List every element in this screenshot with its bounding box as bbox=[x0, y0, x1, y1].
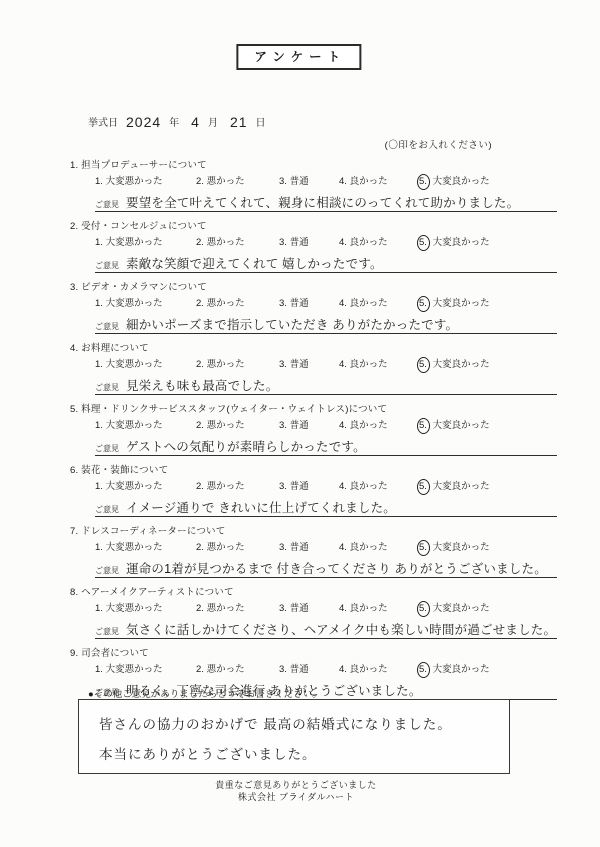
rating-option-label: 大変良かった bbox=[433, 664, 490, 675]
rating-option: 5. 大変良かった bbox=[420, 419, 575, 434]
rating-option-label: 良かった bbox=[350, 664, 388, 675]
handwritten-comment: 見栄えも味も最高でした。 bbox=[126, 376, 278, 394]
rating-option-label: 悪かった bbox=[207, 298, 245, 309]
month-unit-label: 月 bbox=[208, 114, 218, 130]
rating-option-number: 3. bbox=[279, 663, 287, 676]
rating-option-number: 1. bbox=[95, 541, 103, 554]
rating-option: 3. 普通 bbox=[279, 602, 339, 617]
rating-option-label: 普通 bbox=[290, 603, 309, 614]
rating-option: 4. 良かった bbox=[339, 480, 420, 495]
rating-option-number: 1. bbox=[95, 480, 103, 493]
question-number: 8. bbox=[70, 587, 78, 598]
rating-option-label: 大変良かった bbox=[433, 176, 490, 187]
rating-option-label: 普通 bbox=[290, 481, 309, 492]
rating-options-row: 1. 大変悪かった 2. 悪かった 3. 普通 4. 良かった 5. 大変良かっ… bbox=[95, 480, 575, 495]
rating-option: 1. 大変悪かった bbox=[95, 236, 196, 251]
question-title-text: 担当プロデューサーについて bbox=[81, 160, 207, 171]
question-title-text: 料理・ドリンクサービススタッフ(ウェイター・ウェイトレス)について bbox=[81, 404, 387, 415]
rating-option: 5. 大変良かった bbox=[420, 236, 575, 251]
rating-option-label: 良かった bbox=[350, 603, 388, 614]
rating-option-label: 大変良かった bbox=[433, 420, 490, 431]
rating-option-label: 悪かった bbox=[207, 603, 245, 614]
rating-option: 4. 良かった bbox=[339, 175, 420, 190]
question-number: 6. bbox=[70, 465, 78, 476]
rating-option-label: 悪かった bbox=[207, 359, 245, 370]
rating-option-label: 大変悪かった bbox=[106, 664, 163, 675]
rating-option: 2. 悪かった bbox=[196, 480, 279, 495]
selected-rating-circle: 5. bbox=[417, 174, 430, 190]
comment-label: ご意見 bbox=[95, 504, 119, 516]
rating-option: 3. 普通 bbox=[279, 236, 339, 251]
rating-option: 1. 大変悪かった bbox=[95, 663, 196, 678]
rating-option: 1. 大変悪かった bbox=[95, 541, 196, 556]
question-title-text: 装花・装飾について bbox=[81, 465, 168, 476]
rating-option-number: 1. bbox=[95, 358, 103, 371]
comment-label: ご意見 bbox=[95, 626, 119, 638]
rating-options-row: 1. 大変悪かった 2. 悪かった 3. 普通 4. 良かった 5. 大変良かっ… bbox=[95, 297, 575, 312]
rating-option-number: 3. bbox=[279, 358, 287, 371]
rating-option-number: 4. bbox=[339, 358, 347, 371]
question-block: 4. お料理について 1. 大変悪かった 2. 悪かった 3. 普通 4. 良か… bbox=[70, 342, 575, 395]
rating-option-number: 1. bbox=[95, 175, 103, 188]
rating-option-number: 1. bbox=[95, 602, 103, 615]
rating-option: 4. 良かった bbox=[339, 541, 420, 556]
question-block: 8. ヘアーメイクアーティストについて 1. 大変悪かった 2. 悪かった 3.… bbox=[70, 586, 575, 639]
rating-option: 2. 悪かった bbox=[196, 236, 279, 251]
rating-option-label: 悪かった bbox=[207, 664, 245, 675]
wedding-date-line: 挙式日 2024 年 4 月 21 日 bbox=[88, 114, 270, 130]
question-block: 2. 受付・コンセルジュについて 1. 大変悪かった 2. 悪かった 3. 普通… bbox=[70, 220, 575, 273]
comment-label: ご意見 bbox=[95, 382, 119, 394]
comment-line: ご意見 細かいポーズまで指示していただき ありがたかったです。 bbox=[95, 314, 557, 334]
rating-option: 3. 普通 bbox=[279, 663, 339, 678]
rating-option: 3. 普通 bbox=[279, 175, 339, 190]
rating-option-label: 良かった bbox=[350, 542, 388, 553]
comment-line: ご意見 気さくに話しかけてくださり、ヘアメイク中も楽しい時間が過ごせました。 bbox=[95, 619, 557, 639]
rating-option: 1. 大変悪かった bbox=[95, 175, 196, 190]
question-number: 1. bbox=[70, 160, 78, 171]
rating-option-label: 大変悪かった bbox=[106, 603, 163, 614]
handwritten-comment: 運命の1着が見つかるまで 付き合ってくださり ありがとうございました。 bbox=[126, 559, 547, 577]
comment-line: ご意見 見栄えも味も最高でした。 bbox=[95, 375, 557, 395]
rating-option-number: 2. bbox=[196, 480, 204, 493]
wedding-date-year: 2024 bbox=[126, 114, 161, 130]
rating-option-number: 2. bbox=[196, 236, 204, 249]
question-title-text: ヘアーメイクアーティストについて bbox=[81, 587, 234, 598]
circle-instruction: (〇印をお入れください) bbox=[0, 137, 492, 151]
rating-option: 3. 普通 bbox=[279, 541, 339, 556]
comment-label: ご意見 bbox=[95, 443, 119, 455]
comment-label: ご意見 bbox=[95, 321, 119, 333]
selected-rating-circle: 5. bbox=[417, 357, 430, 373]
question-number: 9. bbox=[70, 648, 78, 659]
page-title: アンケート bbox=[236, 44, 361, 70]
rating-option: 2. 悪かった bbox=[196, 663, 279, 678]
rating-option: 4. 良かった bbox=[339, 419, 420, 434]
selected-rating-circle: 5. bbox=[417, 296, 430, 312]
comment-line: ご意見 イメージ通りで きれいに仕上げてくれました。 bbox=[95, 497, 557, 517]
rating-option: 3. 普通 bbox=[279, 419, 339, 434]
rating-option-number: 2. bbox=[196, 541, 204, 554]
selected-rating-circle: 5. bbox=[417, 662, 430, 678]
other-comments-label: ●その他ご意見がありましたらどうぞお書きください。 bbox=[88, 686, 322, 700]
rating-option: 3. 普通 bbox=[279, 480, 339, 495]
selected-rating-circle: 5. bbox=[417, 479, 430, 495]
rating-option-label: 悪かった bbox=[207, 481, 245, 492]
selected-rating-circle: 5. bbox=[417, 540, 430, 556]
comment-label: ご意見 bbox=[95, 199, 119, 211]
rating-option: 4. 良かった bbox=[339, 297, 420, 312]
rating-option-label: 大変良かった bbox=[433, 481, 490, 492]
rating-option-number: 4. bbox=[339, 175, 347, 188]
rating-option: 1. 大変悪かった bbox=[95, 419, 196, 434]
rating-option-label: 大変良かった bbox=[433, 542, 490, 553]
question-title-text: ドレスコーディネーターについて bbox=[81, 526, 225, 537]
rating-option-label: 大変良かった bbox=[433, 237, 490, 248]
question-title: 3. ビデオ・カメラマンについて bbox=[70, 281, 575, 294]
comment-line: ご意見 要望を全て叶えてくれて、親身に相談にのってくれて助かりました。 bbox=[95, 192, 557, 212]
other-comments-box: 皆さんの協力のおかげで 最高の結婚式になりました。 本当にありがとうございました… bbox=[78, 699, 510, 774]
rating-option-label: 大変悪かった bbox=[106, 298, 163, 309]
rating-option: 1. 大変悪かった bbox=[95, 480, 196, 495]
question-title-text: 受付・コンセルジュについて bbox=[81, 221, 206, 232]
rating-option: 1. 大変悪かった bbox=[95, 358, 196, 373]
handwritten-comment: 要望を全て叶えてくれて、親身に相談にのってくれて助かりました。 bbox=[126, 193, 519, 211]
rating-option: 1. 大変悪かった bbox=[95, 602, 196, 617]
rating-option: 5. 大変良かった bbox=[420, 297, 575, 312]
rating-option-number: 3. bbox=[279, 602, 287, 615]
rating-option-label: 普通 bbox=[290, 664, 309, 675]
year-unit-label: 年 bbox=[169, 114, 179, 130]
rating-option-number: 3. bbox=[279, 297, 287, 310]
rating-option: 5. 大変良かった bbox=[420, 480, 575, 495]
rating-option-label: 普通 bbox=[290, 237, 309, 248]
rating-option-number: 4. bbox=[339, 602, 347, 615]
footer-company-name: 株式会社 ブライダルハート bbox=[0, 791, 592, 803]
question-title: 5. 料理・ドリンクサービススタッフ(ウェイター・ウェイトレス)について bbox=[70, 403, 575, 416]
rating-option: 3. 普通 bbox=[279, 297, 339, 312]
rating-option: 4. 良かった bbox=[339, 236, 420, 251]
question-title: 8. ヘアーメイクアーティストについて bbox=[70, 586, 575, 599]
rating-option-label: 普通 bbox=[290, 420, 309, 431]
selected-rating-circle: 5. bbox=[417, 601, 430, 617]
rating-option-label: 普通 bbox=[290, 298, 309, 309]
question-number: 3. bbox=[70, 282, 78, 293]
rating-option-label: 普通 bbox=[290, 359, 309, 370]
comment-line: ご意見 運命の1着が見つかるまで 付き合ってくださり ありがとうございました。 bbox=[95, 558, 557, 578]
handwritten-comment: イメージ通りで きれいに仕上げてくれました。 bbox=[126, 498, 396, 516]
rating-options-row: 1. 大変悪かった 2. 悪かった 3. 普通 4. 良かった 5. 大変良かっ… bbox=[95, 663, 575, 678]
question-number: 4. bbox=[70, 343, 78, 354]
handwritten-comment: ゲストへの気配りが素晴らしかったです。 bbox=[126, 437, 366, 455]
question-block: 5. 料理・ドリンクサービススタッフ(ウェイター・ウェイトレス)について 1. … bbox=[70, 403, 575, 456]
question-title: 6. 装花・装飾について bbox=[70, 464, 575, 477]
rating-options-row: 1. 大変悪かった 2. 悪かった 3. 普通 4. 良かった 5. 大変良かっ… bbox=[95, 419, 575, 434]
questionnaire-page: アンケート 挙式日 2024 年 4 月 21 日 (〇印をお入れください) 1… bbox=[0, 0, 600, 847]
question-title: 9. 司会者について bbox=[70, 647, 575, 660]
rating-option-number: 2. bbox=[196, 419, 204, 432]
question-title-text: お料理について bbox=[81, 343, 149, 354]
rating-option: 5. 大変良かった bbox=[420, 602, 575, 617]
rating-option-label: 大変悪かった bbox=[106, 176, 163, 187]
rating-option-number: 3. bbox=[279, 541, 287, 554]
rating-option: 5. 大変良かった bbox=[420, 663, 575, 678]
rating-option-label: 大変良かった bbox=[433, 298, 490, 309]
rating-option: 4. 良かった bbox=[339, 663, 420, 678]
rating-option-number: 4. bbox=[339, 480, 347, 493]
wedding-date-label: 挙式日 bbox=[88, 114, 118, 130]
rating-option-number: 1. bbox=[95, 236, 103, 249]
rating-option: 2. 悪かった bbox=[196, 175, 279, 190]
rating-option: 2. 悪かった bbox=[196, 541, 279, 556]
question-block: 6. 装花・装飾について 1. 大変悪かった 2. 悪かった 3. 普通 4. … bbox=[70, 464, 575, 517]
rating-option: 5. 大変良かった bbox=[420, 541, 575, 556]
rating-option-number: 4. bbox=[339, 297, 347, 310]
rating-option: 2. 悪かった bbox=[196, 602, 279, 617]
rating-option-label: 良かった bbox=[350, 237, 388, 248]
rating-option-number: 2. bbox=[196, 297, 204, 310]
rating-option-label: 良かった bbox=[350, 176, 388, 187]
rating-option-label: 大変良かった bbox=[433, 603, 490, 614]
rating-option: 1. 大変悪かった bbox=[95, 297, 196, 312]
question-block: 3. ビデオ・カメラマンについて 1. 大変悪かった 2. 悪かった 3. 普通… bbox=[70, 281, 575, 334]
rating-option-number: 4. bbox=[339, 663, 347, 676]
handwritten-comment: 素敵な笑顔で迎えてくれて 嬉しかったです。 bbox=[126, 254, 383, 272]
rating-option: 5. 大変良かった bbox=[420, 358, 575, 373]
comment-label: ご意見 bbox=[95, 260, 119, 272]
comment-label: ご意見 bbox=[95, 565, 119, 577]
question-number: 7. bbox=[70, 526, 78, 537]
question-title: 4. お料理について bbox=[70, 342, 575, 355]
question-block: 1. 担当プロデューサーについて 1. 大変悪かった 2. 悪かった 3. 普通… bbox=[70, 159, 575, 212]
rating-options-row: 1. 大変悪かった 2. 悪かった 3. 普通 4. 良かった 5. 大変良かっ… bbox=[95, 602, 575, 617]
rating-options-row: 1. 大変悪かった 2. 悪かった 3. 普通 4. 良かった 5. 大変良かっ… bbox=[95, 358, 575, 373]
rating-option-number: 1. bbox=[95, 419, 103, 432]
handwritten-comment: 気さくに話しかけてくださり、ヘアメイク中も楽しい時間が過ごせました。 bbox=[126, 620, 556, 638]
rating-option-label: 大変悪かった bbox=[106, 481, 163, 492]
footer-thanks-text: 貴重なご意見ありがとうございました bbox=[0, 779, 592, 791]
rating-option-number: 2. bbox=[196, 663, 204, 676]
rating-options-row: 1. 大変悪かった 2. 悪かった 3. 普通 4. 良かった 5. 大変良かっ… bbox=[95, 236, 575, 251]
question-number: 2. bbox=[70, 221, 78, 232]
rating-option-label: 良かった bbox=[350, 359, 388, 370]
comment-line: ご意見 ゲストへの気配りが素晴らしかったです。 bbox=[95, 436, 557, 456]
rating-option-number: 1. bbox=[95, 297, 103, 310]
rating-option-number: 3. bbox=[279, 175, 287, 188]
rating-option-label: 普通 bbox=[290, 176, 309, 187]
rating-option: 2. 悪かった bbox=[196, 419, 279, 434]
rating-option-number: 4. bbox=[339, 236, 347, 249]
question-title: 7. ドレスコーディネーターについて bbox=[70, 525, 575, 538]
question-block: 7. ドレスコーディネーターについて 1. 大変悪かった 2. 悪かった 3. … bbox=[70, 525, 575, 578]
rating-option: 3. 普通 bbox=[279, 358, 339, 373]
rating-option-label: 大変悪かった bbox=[106, 359, 163, 370]
rating-option-label: 良かった bbox=[350, 298, 388, 309]
wedding-date-day: 21 bbox=[230, 114, 248, 130]
rating-option-label: 大変悪かった bbox=[106, 542, 163, 553]
rating-option: 4. 良かった bbox=[339, 358, 420, 373]
rating-option-label: 普通 bbox=[290, 542, 309, 553]
rating-option: 2. 悪かった bbox=[196, 358, 279, 373]
other-comment-line: 本当にありがとうございました。 bbox=[99, 740, 509, 770]
rating-options-row: 1. 大変悪かった 2. 悪かった 3. 普通 4. 良かった 5. 大変良かっ… bbox=[95, 541, 575, 556]
rating-option-label: 大変悪かった bbox=[106, 237, 163, 248]
rating-option-number: 2. bbox=[196, 358, 204, 371]
question-number: 5. bbox=[70, 404, 78, 415]
rating-option-number: 4. bbox=[339, 419, 347, 432]
rating-option: 5. 大変良かった bbox=[420, 175, 575, 190]
question-title-text: 司会者について bbox=[81, 648, 149, 659]
selected-rating-circle: 5. bbox=[417, 418, 430, 434]
question-title: 1. 担当プロデューサーについて bbox=[70, 159, 575, 172]
comment-line: ご意見 素敵な笑顔で迎えてくれて 嬉しかったです。 bbox=[95, 253, 557, 273]
rating-options-row: 1. 大変悪かった 2. 悪かった 3. 普通 4. 良かった 5. 大変良かっ… bbox=[95, 175, 575, 190]
rating-option: 2. 悪かった bbox=[196, 297, 279, 312]
rating-option-label: 良かった bbox=[350, 481, 388, 492]
rating-option-label: 悪かった bbox=[207, 237, 245, 248]
rating-option-label: 良かった bbox=[350, 420, 388, 431]
selected-rating-circle: 5. bbox=[417, 235, 430, 251]
rating-option-number: 2. bbox=[196, 602, 204, 615]
footer: 貴重なご意見ありがとうございました 株式会社 ブライダルハート bbox=[0, 779, 592, 803]
other-comment-line: 皆さんの協力のおかげで 最高の結婚式になりました。 bbox=[99, 710, 509, 740]
day-unit-label: 日 bbox=[256, 114, 266, 130]
handwritten-comment: 細かいポーズまで指示していただき ありがたかったです。 bbox=[126, 315, 458, 333]
rating-option-number: 4. bbox=[339, 541, 347, 554]
rating-option-number: 3. bbox=[279, 480, 287, 493]
rating-option-number: 3. bbox=[279, 236, 287, 249]
question-title-text: ビデオ・カメラマンについて bbox=[81, 282, 207, 293]
question-title: 2. 受付・コンセルジュについて bbox=[70, 220, 575, 233]
rating-option-number: 2. bbox=[196, 175, 204, 188]
rating-option-number: 1. bbox=[95, 663, 103, 676]
rating-option-label: 悪かった bbox=[207, 420, 245, 431]
rating-option-label: 悪かった bbox=[207, 542, 245, 553]
question-list: 1. 担当プロデューサーについて 1. 大変悪かった 2. 悪かった 3. 普通… bbox=[70, 159, 575, 708]
rating-option-label: 大変良かった bbox=[433, 359, 490, 370]
rating-option: 4. 良かった bbox=[339, 602, 420, 617]
rating-option-label: 悪かった bbox=[207, 176, 245, 187]
rating-option-number: 3. bbox=[279, 419, 287, 432]
rating-option-label: 大変悪かった bbox=[106, 420, 163, 431]
wedding-date-month: 4 bbox=[191, 114, 200, 130]
